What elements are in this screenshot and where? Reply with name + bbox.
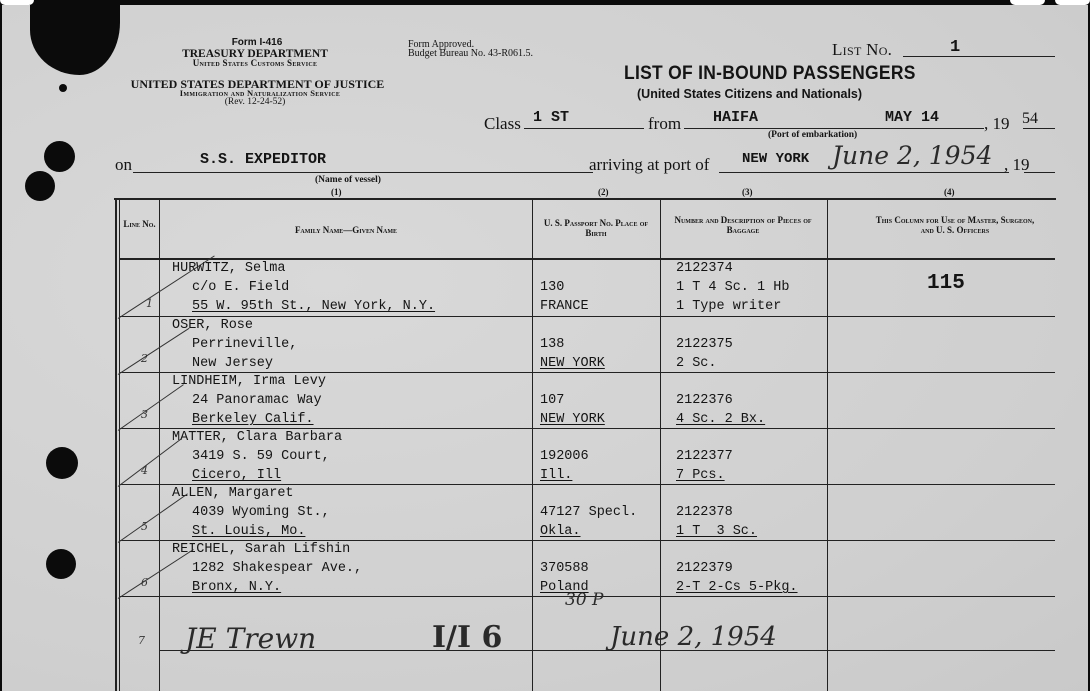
baggage-description: 2 Sc. <box>676 354 717 373</box>
officer-mark: 115 <box>927 274 965 293</box>
punch-hole <box>59 84 67 92</box>
passenger-name: MATTER, Clara Barbara <box>172 428 342 447</box>
place-of-birth: NEW YORK <box>540 354 605 373</box>
passport-number: 138 <box>540 335 564 354</box>
handwritten-signature: JE Trewn <box>185 622 316 655</box>
col-divider-line <box>159 199 160 691</box>
arrival-year-underline <box>1024 172 1055 173</box>
class-value: 1 ST <box>533 109 569 126</box>
baggage-number: 2122379 <box>676 559 733 578</box>
header-baggage: Number and Description of Pieces of Bagg… <box>668 215 818 236</box>
passenger-address-2: Cicero, Ill <box>192 466 281 485</box>
baggage-description: 1 T 4 Sc. 1 Hb <box>676 278 789 297</box>
scan-edge <box>1010 0 1045 5</box>
arrival-underline <box>719 172 1009 173</box>
list-no-underline <box>903 56 1055 57</box>
table-top-rule <box>114 198 1056 200</box>
passenger-address-2: Berkeley Calif. <box>192 410 314 429</box>
arrival-port: NEW YORK <box>742 151 809 167</box>
class-label: Class <box>484 114 521 134</box>
col-number-3: (3) <box>742 187 753 197</box>
punch-hole <box>44 141 75 172</box>
passenger-address-2: 55 W. 95th St., New York, N.Y. <box>192 297 435 316</box>
col-number-2: (2) <box>598 187 609 197</box>
passport-number: 370588 <box>540 559 589 578</box>
col-number-1: (1) <box>331 187 342 197</box>
col-divider-passport <box>660 199 661 691</box>
from-underline <box>684 128 984 129</box>
row-divider <box>120 316 1055 317</box>
passenger-address-2: Bronx, N.Y. <box>192 578 281 597</box>
list-no-label: List No. <box>832 40 892 60</box>
passenger-address-1: Perrineville, <box>192 335 297 354</box>
passenger-address-2: New Jersey <box>192 354 273 373</box>
passenger-name: HURWITZ, Selma <box>172 259 285 278</box>
passenger-address-1: 4039 Wyoming St., <box>192 503 330 522</box>
baggage-number: 2122374 <box>676 259 733 278</box>
header-officers: This Column for Use of Master, Surgeon, … <box>870 215 1040 236</box>
form-number: Form I-416 <box>207 38 307 49</box>
passport-number: 130 <box>540 278 564 297</box>
on-label: on <box>115 155 132 175</box>
arriving-label: arriving at port of <box>589 155 709 175</box>
punch-hole <box>46 549 76 579</box>
baggage-number: 2122377 <box>676 447 733 466</box>
passenger-address-1: 3419 S. 59 Court, <box>192 447 330 466</box>
list-no-value: 1 <box>950 38 960 57</box>
year-prefix: , 19 <box>984 114 1010 134</box>
year-suffix: 54 <box>1022 110 1038 128</box>
from-label: from <box>648 114 681 134</box>
passport-number: 192006 <box>540 447 589 466</box>
punch-hole <box>46 447 78 479</box>
from-port: HAIFA <box>713 109 758 126</box>
baggage-description-2: 1 Type writer <box>676 297 781 316</box>
header-name: Family Name—Given Name <box>160 225 532 235</box>
departure-date: MAY 14 <box>885 109 939 126</box>
place-of-birth: Okla. <box>540 522 581 541</box>
passenger-address-1: c/o E. Field <box>192 278 289 297</box>
form-revision: (Rev. 12-24-52) <box>200 98 310 108</box>
punch-hole <box>25 171 55 201</box>
vessel-underline <box>133 172 593 173</box>
scan-edge <box>0 0 34 5</box>
class-underline <box>524 128 644 129</box>
page-subtitle: (United States Citizens and Nationals) <box>637 87 862 101</box>
place-of-birth: NEW YORK <box>540 410 605 429</box>
year-underline <box>1023 128 1055 129</box>
baggage-number: 2122375 <box>676 335 733 354</box>
col-divider-name <box>532 199 533 691</box>
col-number-4: (4) <box>944 187 955 197</box>
header-line-no: Line No. <box>120 219 159 229</box>
handwritten-date: June 2, 1954 <box>610 622 777 652</box>
budget-number: Budget Bureau No. 43-R061.5. <box>408 49 533 59</box>
scan-edge <box>1055 0 1090 5</box>
baggage-number: 2122378 <box>676 503 733 522</box>
passenger-address-1: 1282 Shakespear Ave., <box>192 559 362 578</box>
passenger-name: ALLEN, Margaret <box>172 484 294 503</box>
baggage-description: 7 Pcs. <box>676 466 725 485</box>
baggage-description: 2-T 2-Cs 5-Pkg. <box>676 578 798 597</box>
passenger-address-2: St. Louis, Mo. <box>192 522 305 541</box>
place-of-birth: FRANCE <box>540 297 589 316</box>
page-title: LIST OF IN-BOUND PASSENGERS <box>624 63 916 85</box>
baggage-description: 1 T 3 Sc. <box>676 522 757 541</box>
passport-number: 47127 Specl. <box>540 503 637 522</box>
vessel-name: S.S. EXPEDITOR <box>200 151 326 168</box>
arrival-date-handwritten: June 2, 1954 <box>832 141 992 170</box>
port-caption: (Port of embarkation) <box>768 131 857 141</box>
handwritten-note: 30 P <box>565 590 603 610</box>
header-passport: U. S. Passport No. Place of Birth <box>538 218 654 239</box>
line-number: 7 <box>138 634 145 647</box>
vessel-caption: (Name of vessel) <box>315 176 381 186</box>
table-left-rule <box>115 199 117 691</box>
passenger-name: REICHEL, Sarah Lifshin <box>172 540 350 559</box>
baggage-number: 2122376 <box>676 391 733 410</box>
col-divider-baggage <box>827 199 828 691</box>
customs-service: United States Customs Service <box>160 59 350 68</box>
place-of-birth: Ill. <box>540 466 572 485</box>
handwritten-count: I/I 6 <box>432 620 502 655</box>
table-left-rule-inner <box>119 199 120 691</box>
passenger-address-1: 24 Panoramac Way <box>192 391 322 410</box>
passport-number: 107 <box>540 391 564 410</box>
baggage-description: 4 Sc. 2 Bx. <box>676 410 765 429</box>
passenger-name: LINDHEIM, Irma Levy <box>172 372 326 391</box>
